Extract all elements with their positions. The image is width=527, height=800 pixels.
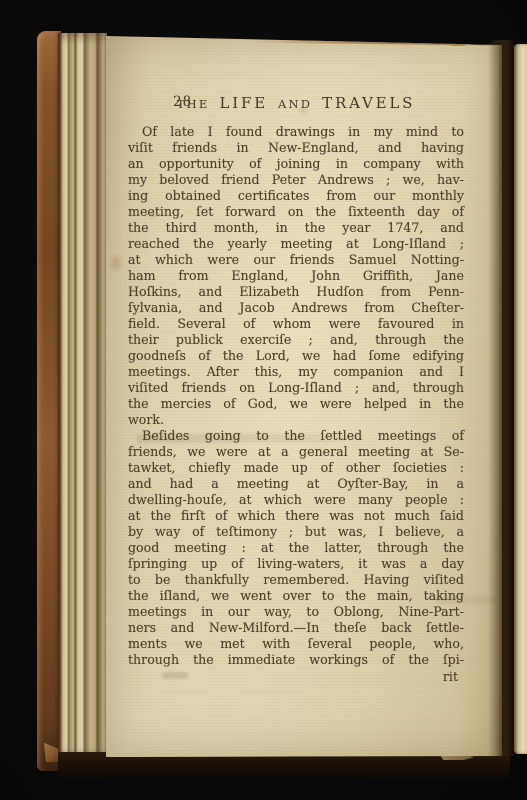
text-line: Of late I found drawings in my mind to bbox=[128, 124, 464, 140]
text-line: ſpringing up of living-waters, it was a … bbox=[128, 556, 464, 572]
text-line: ſylvania, and Jacob Andrews from Cheſter… bbox=[128, 300, 464, 316]
text-line: meetings in our way, to Oblong, Nine-Par… bbox=[128, 604, 464, 620]
running-title-word: TRAVELS bbox=[322, 94, 415, 112]
text-line: through the immediate workings of the ſp… bbox=[128, 652, 464, 668]
text-line: good meeting : at the latter, through th… bbox=[128, 540, 464, 556]
text-line: reached the yearly meeting at Long-Iſlan… bbox=[128, 236, 464, 252]
text-line: and had a meeting at Oyſter-Bay, in a bbox=[128, 476, 464, 492]
text-line: dwelling-houſe, at which were many peopl… bbox=[128, 492, 464, 508]
text-line: the iſland, we went over to the main, ta… bbox=[128, 588, 464, 604]
catchword: rit bbox=[128, 669, 458, 684]
running-header: 28 THELIFEANDTRAVELS bbox=[128, 93, 464, 113]
text-line: at which were our friends Samuel Notting… bbox=[128, 252, 464, 268]
text-line: an opportunity of joining in company wit… bbox=[128, 156, 464, 172]
text-line: ners and New-Milford.—In theſe back ſett… bbox=[128, 620, 464, 636]
text-line: by way of teſtimony ; but was, I believe… bbox=[128, 524, 464, 540]
book-page: 28 THELIFEANDTRAVELS Of late I found dra… bbox=[106, 36, 502, 757]
page-body-text: Of late I found drawings in my mind tovi… bbox=[128, 124, 464, 668]
text-line: the mercies of God, we were helped in th… bbox=[128, 396, 464, 412]
text-line: friends, we were at a general meeting at… bbox=[128, 444, 464, 460]
book-photo: 28 THELIFEANDTRAVELS Of late I found dra… bbox=[0, 0, 527, 800]
running-title-word: AND bbox=[278, 97, 312, 111]
text-line: work. bbox=[128, 412, 464, 428]
gutter-shadow bbox=[488, 40, 514, 756]
text-line: my beloved friend Peter Andrews ; we, ha… bbox=[128, 172, 464, 188]
text-line: meetings. After this, my companion and I bbox=[128, 364, 464, 380]
text-line: viſited friends on Long-Iſland ; and, th… bbox=[128, 380, 464, 396]
text-line: the third month, in the year 1747, and bbox=[128, 220, 464, 236]
text-line: ments we met with ſeveral people, who, bbox=[128, 636, 464, 652]
running-title-word: LIFE bbox=[220, 94, 268, 112]
text-line: to be thankfully remembered. Having viſi… bbox=[128, 572, 464, 588]
text-line: goodneſs of the Lord, we had ſome edifyi… bbox=[128, 348, 464, 364]
page-number: 28 bbox=[173, 94, 192, 110]
text-line: tawket, chiefly made up of other ſocieti… bbox=[128, 460, 464, 476]
text-line: viſit friends in New-England, and having bbox=[128, 140, 464, 156]
text-line: field. Several of whom were favoured in bbox=[128, 316, 464, 332]
text-line: ham from England, John Griffith, Jane bbox=[128, 268, 464, 284]
facing-page-edge bbox=[514, 44, 527, 754]
text-line: ing obtained certificates from our month… bbox=[128, 188, 464, 204]
text-line: Beſides going to the ſettled meetings of bbox=[128, 428, 464, 444]
stacked-page-edges bbox=[58, 33, 107, 759]
text-line: meeting, ſet forward on the ſixteenth da… bbox=[128, 204, 464, 220]
text-line: their publick exerciſe ; and, through th… bbox=[128, 332, 464, 348]
text-line: at the firſt of which there was not much… bbox=[128, 508, 464, 524]
text-line: Hoſkins, and Elizabeth Hudſon from Penn- bbox=[128, 284, 464, 300]
